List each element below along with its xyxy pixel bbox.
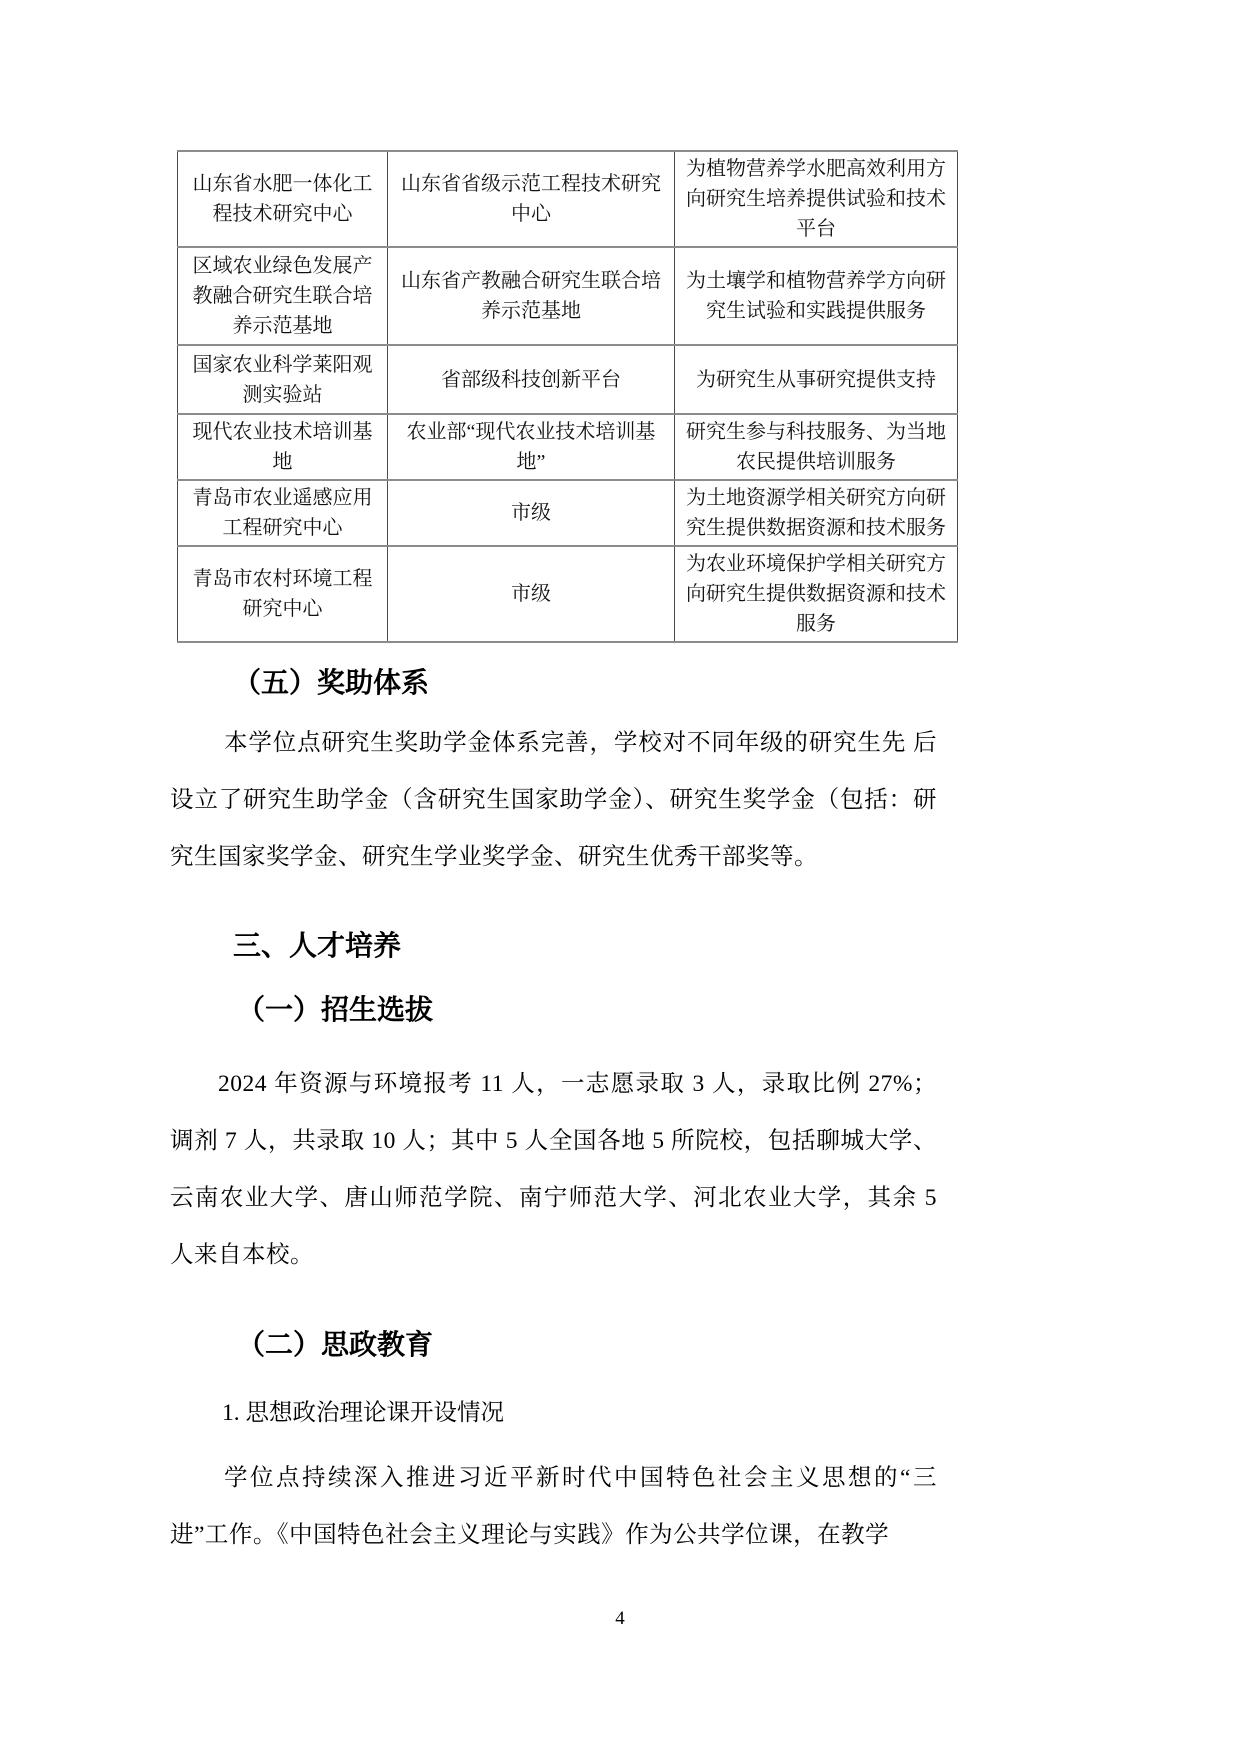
platform-table: 山东省水肥一体化工程技术研究中心 山东省省级示范工程技术研究中心 为植物营养学水…	[177, 150, 958, 643]
table-cell: 青岛市农村环境工程研究中心	[178, 546, 388, 642]
document-page: 山东省水肥一体化工程技术研究中心 山东省省级示范工程技术研究中心 为植物营养学水…	[0, 0, 1240, 1753]
table-row: 现代农业技术培训基地 农业部“现代农业技术培训基地” 研究生参与科技服务、为当地…	[178, 414, 958, 480]
paragraph-enrollment: 2024 年资源与环境报考 11 人，一志愿录取 3 人，录取比例 27%；调剂…	[170, 1056, 937, 1284]
table-row: 区域农业绿色发展产教融合研究生联合培养示范基地 山东省产教融合研究生联合培养示范…	[178, 247, 958, 345]
table-cell: 市级	[388, 546, 675, 642]
section-heading-ideological-education: （二）思政教育	[237, 1325, 1240, 1365]
table-cell: 现代农业技术培训基地	[178, 414, 388, 480]
table-row: 青岛市农村环境工程研究中心 市级 为农业环境保护学相关研究方向研究生提供数据资源…	[178, 546, 958, 642]
table-cell: 研究生参与科技服务、为当地农民提供培训服务	[675, 414, 958, 480]
section-heading-enrollment: （一）招生选拔	[237, 990, 1240, 1030]
table-cell: 农业部“现代农业技术培训基地”	[388, 414, 675, 480]
table-row: 山东省水肥一体化工程技术研究中心 山东省省级示范工程技术研究中心 为植物营养学水…	[178, 151, 958, 247]
table-row: 青岛市农业遥感应用工程研究中心 市级 为土地资源学相关研究方向研究生提供数据资源…	[178, 480, 958, 546]
list-item-ideology-course: 1. 思想政治理论课开设情况	[170, 1385, 937, 1442]
table-cell: 区域农业绿色发展产教融合研究生联合培养示范基地	[178, 247, 388, 345]
table-cell: 省部级科技创新平台	[388, 345, 675, 414]
page-number: 4	[0, 1604, 1240, 1634]
section-heading-talent-training: 三、人才培养	[233, 926, 1240, 966]
table-cell: 为植物营养学水肥高效利用方向研究生培养提供试验和技术平台	[675, 151, 958, 247]
table-cell: 国家农业科学莱阳观测实验站	[178, 345, 388, 414]
table-cell: 市级	[388, 480, 675, 546]
table-cell: 为土壤学和植物营养学方向研究生试验和实践提供服务	[675, 247, 958, 345]
table-cell: 山东省产教融合研究生联合培养示范基地	[388, 247, 675, 345]
table-cell: 青岛市农业遥感应用工程研究中心	[178, 480, 388, 546]
table-cell: 山东省省级示范工程技术研究中心	[388, 151, 675, 247]
table-row: 国家农业科学莱阳观测实验站 省部级科技创新平台 为研究生从事研究提供支持	[178, 345, 958, 414]
table-cell: 为研究生从事研究提供支持	[675, 345, 958, 414]
paragraph-ideology: 学位点持续深入推进习近平新时代中国特色社会主义思想的“三进”工作。《中国特色社会…	[170, 1450, 937, 1564]
paragraph-award-system: 本学位点研究生奖助学金体系完善，学校对不同年级的研究生先 后设立了研究生助学金（…	[170, 715, 937, 886]
table-cell: 为土地资源学相关研究方向研究生提供数据资源和技术服务	[675, 480, 958, 546]
table-cell: 为农业环境保护学相关研究方向研究生提供数据资源和技术服务	[675, 546, 958, 642]
section-heading-award-system: （五）奖助体系	[233, 663, 1240, 703]
table-cell: 山东省水肥一体化工程技术研究中心	[178, 151, 388, 247]
